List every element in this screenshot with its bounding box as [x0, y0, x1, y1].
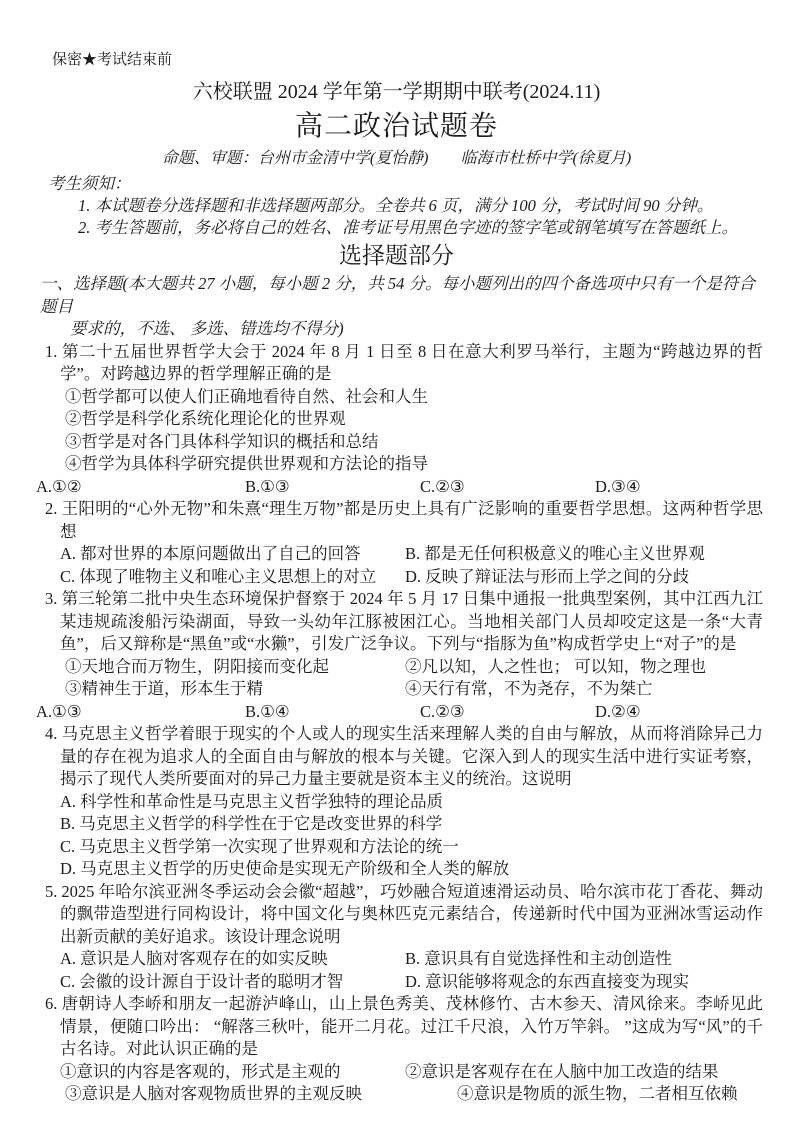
question-1-choices-row: A.①②B.①③C.②③D.③④: [36, 476, 763, 499]
section-title: 选择题部分: [30, 239, 763, 273]
question-6-stem: 6.唐朝诗人李峤和朋友一起游泸峰山，山上景色秀美、茂林修竹、古木参天、清风徐来。…: [45, 993, 763, 1061]
question-6-text: 唐朝诗人李峤和朋友一起游泸峰山，山上景色秀美、茂林修竹、古木参天、清风徐来。李峤…: [60, 994, 763, 1058]
question-3-choice-a: A.①③: [36, 701, 245, 724]
question-4-option-a: A. 科学性和革命性是马克思主义哲学独特的理论品质: [60, 791, 763, 814]
question-5-option-d: D. 意识能够将观念的东西直接变为现实: [405, 972, 689, 991]
question-3-choice-d: D.②④: [595, 702, 641, 721]
confidential-notice: 保密★考试结束前: [52, 50, 763, 70]
question-6-subitem-4: ④意识是物质的派生物，二者相互依赖: [457, 1084, 738, 1103]
question-3-choice-b: B.①④: [245, 701, 420, 724]
question-4-text: 马克思主义哲学着眼于现实的个人或人的现实生活来理解人类的自由与解放，从而将消除异…: [60, 724, 763, 788]
question-5-options-row-1: A. 意识是人脑对客观存在的如实反映B. 意识具有自觉选择性和主动创造性: [60, 948, 763, 971]
setters-line: 命题、审题：台州市金清中学(夏怡静) 临海市杜桥中学(徐夏月): [30, 146, 763, 172]
question-3-choices-row: A.①③B.①④C.②③D.②④: [36, 701, 763, 724]
question-5-option-a: A. 意识是人脑对客观存在的如实反映: [60, 948, 405, 971]
question-3-text: 第三轮第二批中央生态环境保护督察于 2024 年 5 月 17 日集中通报一批典…: [60, 589, 763, 653]
question-4-option-d: D. 马克思主义哲学的历史使命是实现无产阶级和全人类的解放: [60, 858, 763, 881]
question-5-text: 2025 年哈尔滨亚洲冬季运动会会徽“超越”，巧妙融合短道速滑运动员、哈尔滨市花…: [60, 882, 763, 946]
question-3-subitem-3: ③精神生于道，形本生于精: [65, 678, 405, 701]
question-1-choice-a: A.①②: [36, 476, 245, 499]
section-intro-line-2: 要求的，不选、 多选、错选均不得分): [70, 318, 763, 341]
question-1-text: 第二十五届世界哲学大会于 2024 年 8 月 1 日至 8 日在意大利罗马举行…: [60, 342, 763, 384]
question-1-stem: 1.第二十五届世界哲学大会于 2024 年 8 月 1 日至 8 日在意大利罗马…: [45, 341, 763, 386]
question-2-text: 王阳明的“心外无物”和朱熹“理生万物”都是历史上具有广泛影响的重要哲学思想。这两…: [60, 499, 763, 541]
question-1-subitem-1: ①哲学都可以使人们正确地看待自然、社会和人生: [65, 386, 763, 409]
question-1-subitem-2: ②哲学是科学化系统化理论化的世界观: [65, 408, 763, 431]
question-3-subitems-row-1: ①天地合而万物生，阴阳接而变化起②凡以知，人之性也； 可以知，物之理也: [65, 656, 763, 679]
exam-paper-page: 保密★考试结束前 六校联盟 2024 学年第一学期期中联考(2024.11) 高…: [0, 0, 793, 1121]
question-3-subitem-2: ②凡以知，人之性也； 可以知，物之理也: [405, 657, 706, 676]
notice-item-1: 1. 本试题卷分选择题和非选择题两部分。全卷共 6 页，满分 100 分，考试时…: [78, 195, 763, 217]
question-3-stem: 3.第三轮第二批中央生态环境保护督察于 2024 年 5 月 17 日集中通报一…: [45, 588, 763, 656]
exam-session-title: 六校联盟 2024 学年第一学期期中联考(2024.11): [30, 76, 763, 108]
notice-title: 考生须知：: [48, 172, 763, 195]
question-4-option-c: C. 马克思主义哲学第一次实现了世界观和方法论的统一: [60, 836, 763, 859]
question-6-subitems-row-1: ①意识的内容是客观的，形式是主观的②意识是客观存在在人脑中加工改造的结果: [60, 1061, 763, 1084]
question-2-option-a: A. 都对世界的本原问题做出了自己的回答: [60, 543, 405, 566]
question-1-subitem-3: ③哲学是对各门具体科学知识的概括和总结: [65, 431, 763, 454]
question-5-options-row-2: C. 会徽的设计源自于设计者的聪明才智D. 意识能够将观念的东西直接变为现实: [60, 971, 763, 994]
question-2-option-c: C. 体现了唯物主义和唯心主义思想上的对立: [60, 566, 405, 589]
paper-title: 高二政治试题卷: [30, 108, 763, 146]
question-2-option-d: D. 反映了辩证法与形而上学之间的分歧: [405, 567, 689, 586]
question-1-number: 1.: [45, 342, 57, 361]
question-3-subitems-row-2: ③精神生于道，形本生于精④天行有常，不为尧存，不为桀亡: [65, 678, 763, 701]
question-5-option-c: C. 会徽的设计源自于设计者的聪明才智: [60, 971, 405, 994]
question-6-subitem-1: ①意识的内容是客观的，形式是主观的: [60, 1061, 405, 1084]
notice-item-2: 2. 考生答题前，务必将自己的姓名、准考证号用黑色字迹的签字笔或钢笔填写在答题纸…: [78, 217, 763, 239]
question-4-option-b: B. 马克思主义哲学的科学性在于它是改变世界的科学: [60, 813, 763, 836]
question-3-number: 3.: [45, 589, 57, 608]
question-3-subitem-1: ①天地合而万物生，阴阳接而变化起: [65, 656, 405, 679]
question-1-choice-d: D.③④: [595, 477, 641, 496]
question-2-stem: 2.王阳明的“心外无物”和朱熹“理生万物”都是历史上具有广泛影响的重要哲学思想。…: [45, 498, 763, 543]
question-4-stem: 4.马克思主义哲学着眼于现实的个人或人的现实生活来理解人类的自由与解放，从而将消…: [45, 723, 763, 791]
question-6-number: 6.: [45, 994, 57, 1013]
question-5-number: 5.: [45, 882, 57, 901]
question-1-subitem-4: ④哲学为具体科学研究提供世界观和方法论的指导: [65, 453, 763, 476]
question-3-choice-c: C.②③: [420, 701, 595, 724]
question-2-number: 2.: [45, 499, 57, 518]
question-6-subitem-3: ③意识是人脑对客观物质世界的主观反映: [65, 1083, 457, 1106]
question-3-subitem-4: ④天行有常，不为尧存，不为桀亡: [405, 679, 653, 698]
question-5-stem: 5.2025 年哈尔滨亚洲冬季运动会会徽“超越”，巧妙融合短道速滑运动员、哈尔滨…: [45, 881, 763, 949]
question-6-subitem-2: ②意识是客观存在在人脑中加工改造的结果: [405, 1062, 719, 1081]
question-2-options-row-2: C. 体现了唯物主义和唯心主义思想上的对立D. 反映了辩证法与形而上学之间的分歧: [60, 566, 763, 589]
question-1-choice-c: C.②③: [420, 476, 595, 499]
question-5-option-b: B. 意识具有自觉选择性和主动创造性: [405, 949, 672, 968]
question-2-options-row-1: A. 都对世界的本原问题做出了自己的回答B. 都是无任何积极意义的唯心主义世界观: [60, 543, 763, 566]
question-6-subitems-row-2: ③意识是人脑对客观物质世界的主观反映④意识是物质的派生物，二者相互依赖: [65, 1083, 763, 1106]
question-1-choice-b: B.①③: [245, 476, 420, 499]
question-2-option-b: B. 都是无任何积极意义的唯心主义世界观: [405, 544, 705, 563]
section-intro-line-1: 一、选择题(本大题共 27 小题，每小题 2 分，共 54 分。每小题列出的四个…: [40, 273, 763, 318]
question-4-number: 4.: [45, 724, 57, 743]
